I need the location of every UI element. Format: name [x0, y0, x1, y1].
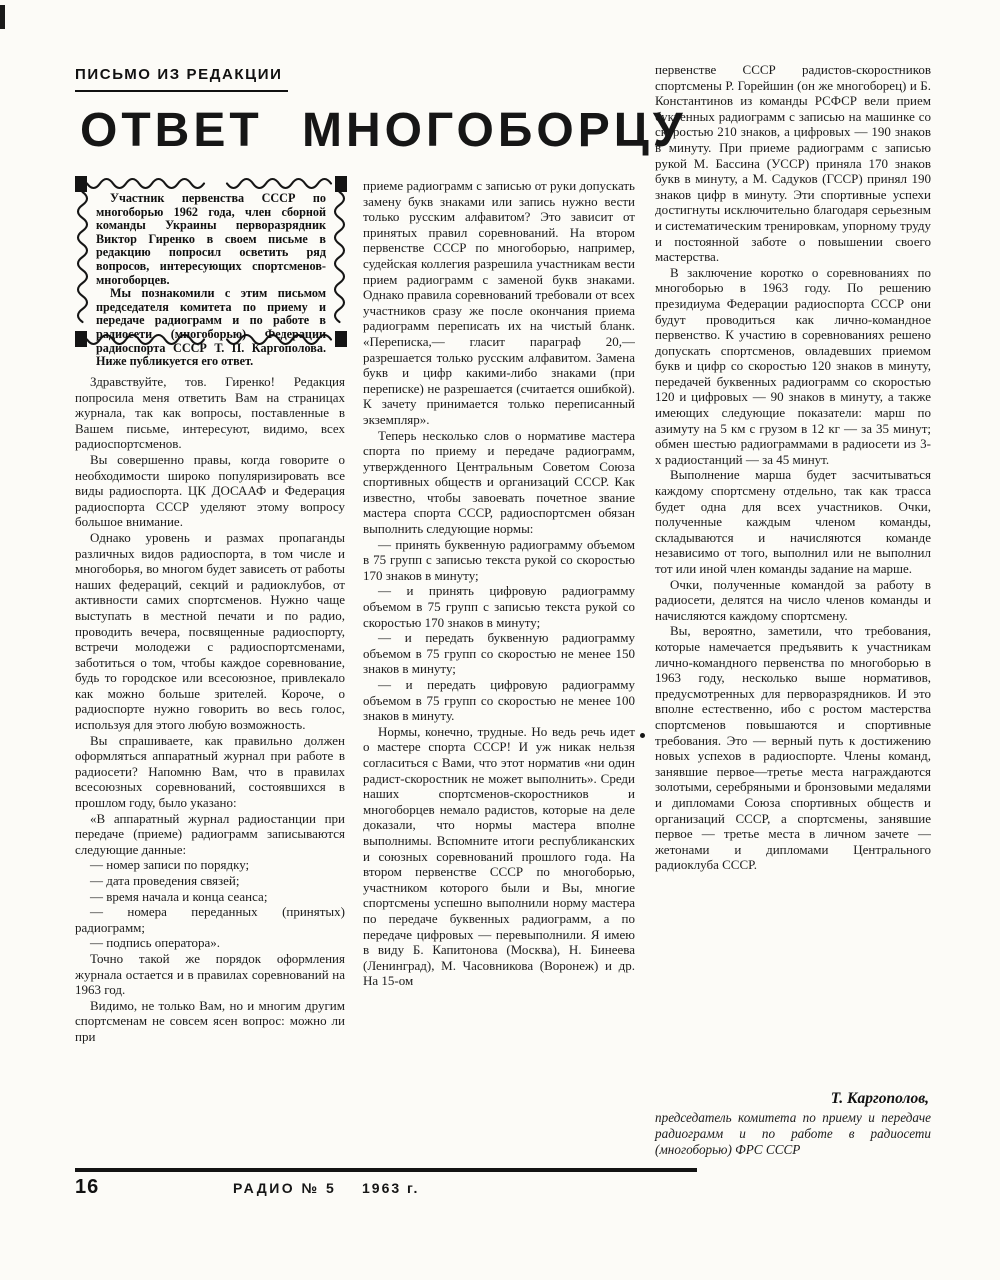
magazine-page: ПИСЬМО ИЗ РЕДАКЦИИ ОТВЕТ МНОГОБОРЦУ Учас… [0, 0, 1000, 1280]
paragraph: — дата проведения связей; [75, 873, 345, 889]
signature-role: председатель комитета по приему и переда… [655, 1110, 931, 1157]
paragraph: В заключение коротко о соревнованиях по … [655, 265, 931, 468]
magazine-title: РАДИО № 5 [233, 1180, 336, 1196]
intro-box-corner [335, 176, 347, 192]
paragraph: — и принять цифровую радиограмму объемом… [363, 583, 635, 630]
page-title: ОТВЕТ МНОГОБОРЦУ [80, 103, 687, 158]
section-kicker: ПИСЬМО ИЗ РЕДАКЦИИ [75, 66, 288, 92]
paragraph: Вы спрашиваете, как правильно должен офо… [75, 733, 345, 811]
paragraph: — и передать цифровую радиограмму объемо… [363, 677, 635, 724]
paragraph: «В аппаратный журнал радиостанции при пе… [75, 811, 345, 858]
signature-name: Т. Каргополов, [655, 1090, 929, 1108]
scan-edge-mark [0, 5, 5, 29]
page-footer: 16 РАДИО № 5 1963 г. [75, 1168, 935, 1228]
paragraph: Очки, полученные командой за работу в ра… [655, 577, 931, 624]
intro-box-corner [75, 331, 87, 347]
paragraph: — номер записи по порядку; [75, 857, 345, 873]
signature-block: Т. Каргополов, председатель комитета по … [655, 1090, 931, 1157]
paragraph: — номера переданных (принятых) радиограм… [75, 904, 345, 935]
paragraph: Выполнение марша будет засчитываться каж… [655, 467, 931, 576]
paragraph: Однако уровень и размах пропаганды разли… [75, 530, 345, 733]
paragraph: Теперь несколько слов о нормативе мастер… [363, 428, 635, 537]
intro-text: Участник первенства СССР по многоборью 1… [96, 192, 326, 369]
paragraph: Участник первенства СССР по многоборью 1… [96, 192, 326, 287]
column-3: первенстве СССР радистов-скоростников сп… [655, 62, 931, 1088]
paragraph: — подпись оператора». [75, 935, 345, 951]
paragraph: — время начала и конца сеанса; [75, 889, 345, 905]
paragraph: приеме радиограмм с записью от руки допу… [363, 178, 635, 428]
paragraph: — принять буквенную радиограмму объемом … [363, 537, 635, 584]
paragraph: Вы, вероятно, заметили, что требования, … [655, 623, 931, 873]
column-2: приеме радиограмм с записью от руки допу… [363, 178, 635, 1170]
paragraph: Нормы, конечно, трудные. Но ведь речь ид… [363, 724, 635, 989]
column-1: Здравствуйте, тов. Гиренко! Редакция поп… [75, 374, 345, 1164]
paragraph: первенстве СССР радистов-скоростников сп… [655, 62, 931, 265]
paragraph: Видимо, не только Вам, но и многим други… [75, 998, 345, 1045]
printed-margin-dot [640, 733, 645, 738]
paragraph: Вы совершенно правы, когда говорите о не… [75, 452, 345, 530]
intro-box-corner [75, 176, 87, 192]
wavy-border-left [76, 192, 89, 331]
wavy-border-right [333, 192, 346, 331]
page-number: 16 [75, 1176, 99, 1199]
wavy-border-top-left [87, 177, 205, 190]
paragraph: Точно такой же порядок оформления журнал… [75, 951, 345, 998]
intro-box: Участник первенства СССР по многоборью 1… [75, 176, 347, 347]
intro-box-corner [335, 331, 347, 347]
paragraph: Здравствуйте, тов. Гиренко! Редакция поп… [75, 374, 345, 452]
paragraph: Мы познакомили с этим письмом председате… [96, 287, 326, 369]
paragraph: — и передать буквенную радиограмму объем… [363, 630, 635, 677]
magazine-year: 1963 г. [362, 1180, 419, 1196]
footer-rule [75, 1168, 697, 1172]
wavy-border-top-right [227, 177, 335, 190]
